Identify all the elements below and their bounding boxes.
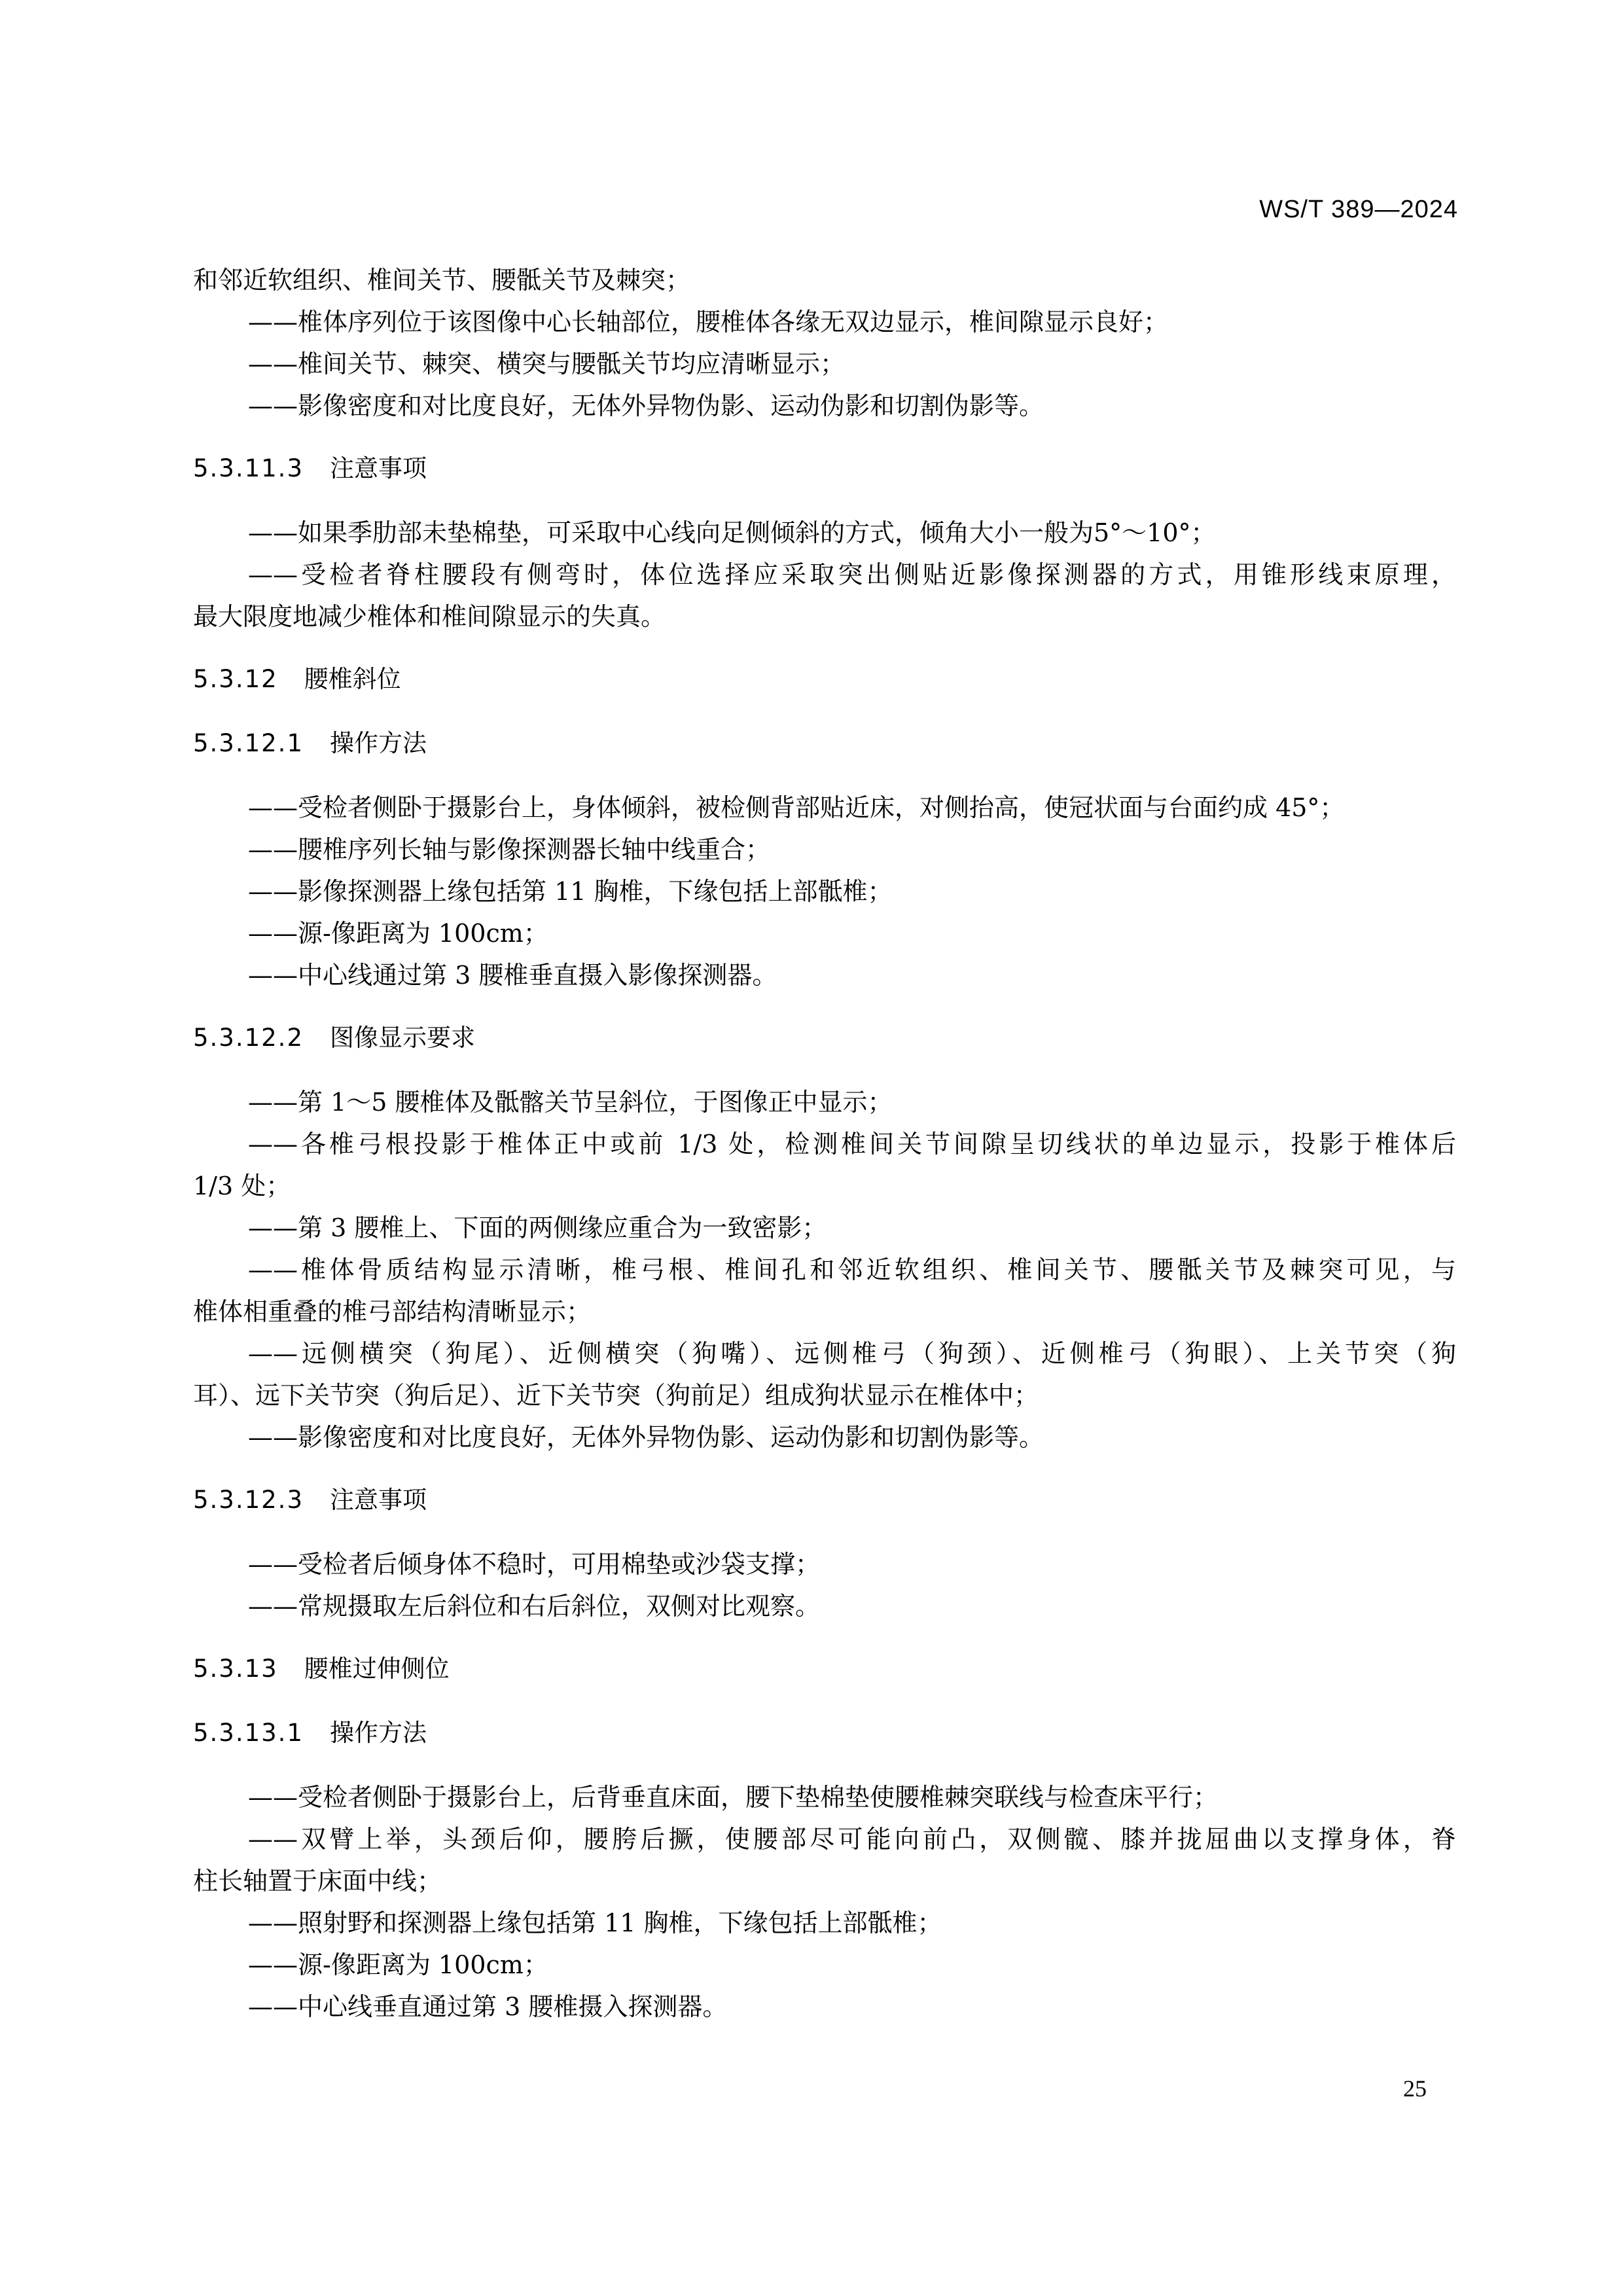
document-code-header: WS/T 389—2024 [1259,194,1458,225]
section-heading: 5.3.12.2图像显示要求 [193,1017,1456,1059]
list-item: ——影像密度和对比度良好，无体外异物伪影、运动伪影和切割伪影等。 [193,1416,1456,1458]
section-title: 操作方法 [330,729,427,757]
list-item: ——双臂上举，头颈后仰，腰胯后撅，使腰部尽可能向前凸，双侧髋、膝并拢屈曲以支撑身… [193,1818,1456,1860]
paragraph-continuation: 最大限度地减少椎体和椎间隙显示的失真。 [193,596,1456,637]
section-heading: 5.3.12.3注意事项 [193,1479,1456,1521]
list-item: ——源-像距离为 100cm； [193,1944,1456,1986]
list-item: ——中心线通过第 3 腰椎垂直摄入影像探测器。 [193,954,1456,996]
list-item: ——中心线垂直通过第 3 腰椎摄入探测器。 [193,1986,1456,2028]
section-number: 5.3.12.3 [193,1479,304,1521]
section-heading: 5.3.13.1操作方法 [193,1712,1456,1754]
list-item: ——受检者脊柱腰段有侧弯时，体位选择应采取突出侧贴近影像探测器的方式，用锥形线束… [193,554,1456,596]
paragraph-continuation: 柱长轴置于床面中线； [193,1860,1456,1902]
section-title: 图像显示要求 [330,1024,475,1052]
section-title: 注意事项 [330,454,427,482]
section-title: 操作方法 [330,1719,427,1747]
paragraph-continuation: 1/3 处； [193,1165,1456,1207]
list-item: ——如果季肋部未垫棉垫，可采取中心线向足侧倾斜的方式，倾角大小一般为5°～10°… [193,512,1456,554]
list-item: ——椎体骨质结构显示清晰，椎弓根、椎间孔和邻近软组织、椎间关节、腰骶关节及棘突可… [193,1249,1456,1291]
list-item: ——受检者侧卧于摄影台上，身体倾斜，被检侧背部贴近床，对侧抬高，使冠状面与台面约… [193,787,1456,829]
list-item: ——影像密度和对比度良好，无体外异物伪影、运动伪影和切割伪影等。 [193,385,1456,427]
section-number: 5.3.13 [193,1648,278,1690]
section-title: 腰椎斜位 [304,665,401,693]
section-number: 5.3.13.1 [193,1712,304,1754]
list-item: ——常规摄取左后斜位和右后斜位，双侧对比观察。 [193,1585,1456,1627]
section-number: 5.3.11.3 [193,448,304,490]
list-item: ——各椎弓根投影于椎体正中或前 1/3 处，检测椎间关节间隙呈切线状的单边显示，… [193,1123,1456,1165]
list-item: ——受检者后倾身体不稳时，可用棉垫或沙袋支撑； [193,1543,1456,1585]
paragraph-continuation: 椎体相重叠的椎弓部结构清晰显示； [193,1291,1456,1333]
section-heading: 5.3.11.3注意事项 [193,448,1456,490]
list-item: ——远侧横突（狗尾）、近侧横突（狗嘴）、远侧椎弓（狗颈）、近侧椎弓（狗眼）、上关… [193,1333,1456,1374]
list-item: ——腰椎序列长轴与影像探测器长轴中线重合； [193,829,1456,870]
list-item: ——第 3 腰椎上、下面的两侧缘应重合为一致密影； [193,1207,1456,1249]
list-item: ——影像探测器上缘包括第 11 胸椎，下缘包括上部骶椎； [193,870,1456,912]
section-title: 注意事项 [330,1486,427,1514]
document-body: 和邻近软组织、椎间关节、腰骶关节及棘突；——椎体序列位于该图像中心长轴部位，腰椎… [193,259,1456,2028]
list-item: ——受检者侧卧于摄影台上，后背垂直床面，腰下垫棉垫使腰椎棘突联线与检查床平行； [193,1776,1456,1818]
section-heading: 5.3.13腰椎过伸侧位 [193,1648,1456,1690]
page-number: 25 [1403,2075,1427,2102]
paragraph-continuation: 耳）、远下关节突（狗后足）、近下关节突（狗前足）组成狗状显示在椎体中； [193,1374,1456,1416]
section-number: 5.3.12.2 [193,1017,304,1059]
section-number: 5.3.12 [193,658,278,700]
list-item: ——第 1～5 腰椎体及骶髂关节呈斜位，于图像正中显示； [193,1081,1456,1123]
document-page: WS/T 389—2024 和邻近软组织、椎间关节、腰骶关节及棘突；——椎体序列… [0,0,1623,2296]
list-item: ——椎体序列位于该图像中心长轴部位，腰椎体各缘无双边显示，椎间隙显示良好； [193,301,1456,343]
paragraph-continuation: 和邻近软组织、椎间关节、腰骶关节及棘突； [193,259,1456,301]
list-item: ——椎间关节、棘突、横突与腰骶关节均应清晰显示； [193,343,1456,385]
section-heading: 5.3.12.1操作方法 [193,723,1456,764]
list-item: ——照射野和探测器上缘包括第 11 胸椎，下缘包括上部骶椎； [193,1902,1456,1944]
section-title: 腰椎过伸侧位 [304,1655,450,1683]
section-number: 5.3.12.1 [193,723,304,764]
section-heading: 5.3.12腰椎斜位 [193,658,1456,700]
list-item: ——源-像距离为 100cm； [193,912,1456,954]
